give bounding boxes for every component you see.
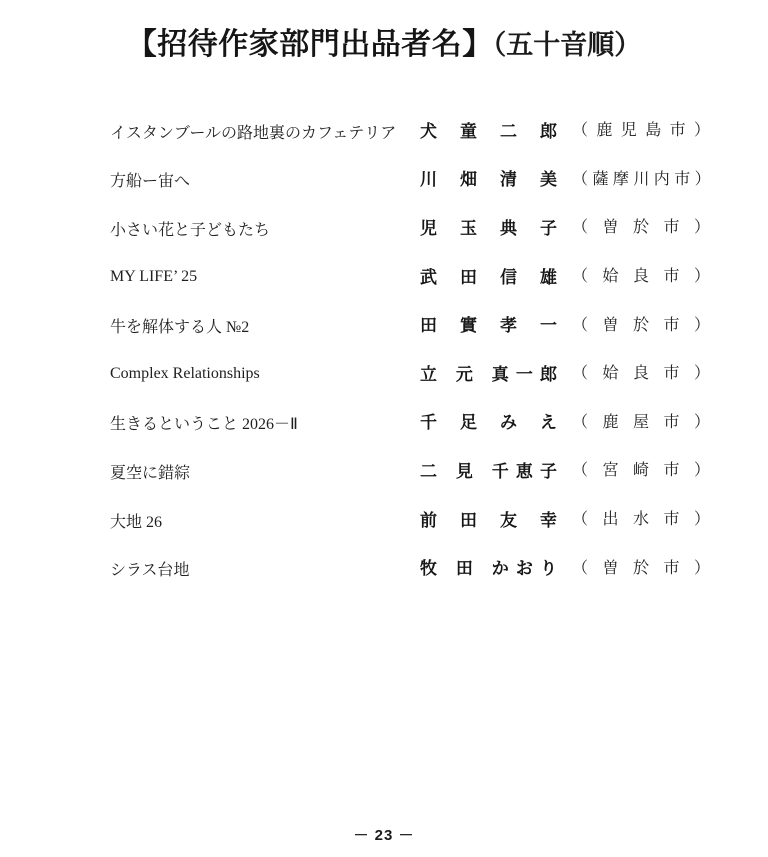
artist-name: 二 見 千恵子	[420, 463, 557, 480]
artist-name: 千 足 み え	[420, 414, 557, 431]
artist-name: 川 畑 清 美	[420, 171, 557, 188]
exhibitor-row: Complex Relationships 立 元 真一郎 （ 姶 良 市 ）	[110, 350, 710, 399]
artist-city: （ 鹿 屋 市 ）	[572, 415, 710, 431]
work-title: Complex Relationships	[110, 365, 420, 383]
work-title: 大地 26	[110, 509, 420, 532]
exhibitor-row: 小さい花と子どもたち 児 玉 典 子 （ 曽 於 市 ）	[110, 204, 710, 253]
page-title: 【招待作家部門出品者名】（五十音順）	[0, 26, 768, 64]
exhibitor-row: 方船ー宙へ 川 畑 清 美 （ 薩 摩 川 内 市 ）	[110, 156, 710, 205]
exhibitor-row: 夏空に錯綜 二 見 千恵子 （ 宮 崎 市 ）	[110, 447, 710, 496]
exhibitor-row: イスタンブールの路地裏のカフェテリア 犬 童 二 郎 （ 鹿 児 島 市 ）	[110, 107, 710, 156]
work-title: MY LIFE’ 25	[110, 268, 420, 286]
artist-city: （ 宮 崎 市 ）	[572, 463, 710, 479]
artist-city: （ 曽 於 市 ）	[572, 318, 710, 334]
work-title: 生きるということ 2026－Ⅱ	[110, 411, 420, 434]
artist-city: （ 姶 良 市 ）	[572, 366, 710, 382]
artist-name: 立 元 真一郎	[420, 366, 557, 383]
artist-name: 児 玉 典 子	[420, 220, 557, 237]
exhibitor-row: シラス台地 牧 田 かおり （ 曽 於 市 ）	[110, 544, 710, 593]
artist-city: （ 鹿 児 島 市 ）	[572, 123, 710, 139]
artist-name: 武 田 信 雄	[420, 269, 557, 286]
exhibitor-row: 大地 26 前 田 友 幸 （ 出 水 市 ）	[110, 496, 710, 545]
artist-city: （ 薩 摩 川 内 市 ）	[572, 172, 710, 188]
work-title: 方船ー宙へ	[110, 168, 420, 191]
exhibitor-list: イスタンブールの路地裏のカフェテリア 犬 童 二 郎 （ 鹿 児 島 市 ） 方…	[110, 107, 710, 593]
work-title: 夏空に錯綜	[110, 460, 420, 483]
work-title: 牛を解体する人 №2	[110, 314, 420, 337]
artist-city: （ 曽 於 市 ）	[572, 220, 710, 236]
artist-city: （ 姶 良 市 ）	[572, 269, 710, 285]
work-title: イスタンブールの路地裏のカフェテリア	[110, 120, 420, 143]
exhibitor-row: 牛を解体する人 №2 田 實 孝 一 （ 曽 於 市 ）	[110, 301, 710, 350]
exhibitor-row: MY LIFE’ 25 武 田 信 雄 （ 姶 良 市 ）	[110, 253, 710, 302]
page-number: － 23 －	[0, 824, 768, 845]
document-page: 【招待作家部門出品者名】（五十音順） イスタンブールの路地裏のカフェテリア 犬 …	[0, 0, 768, 857]
artist-city: （ 出 水 市 ）	[572, 512, 710, 528]
page-title-main: 【招待作家部門出品者名】	[127, 28, 493, 61]
work-title: 小さい花と子どもたち	[110, 217, 420, 240]
page-title-sub: （五十音順）	[493, 30, 642, 60]
artist-name: 牧 田 かおり	[420, 560, 557, 577]
artist-name: 田 實 孝 一	[420, 317, 557, 334]
artist-name: 犬 童 二 郎	[420, 123, 557, 140]
exhibitor-row: 生きるということ 2026－Ⅱ 千 足 み え （ 鹿 屋 市 ）	[110, 399, 710, 448]
artist-name: 前 田 友 幸	[420, 512, 557, 529]
artist-city: （ 曽 於 市 ）	[572, 561, 710, 577]
work-title: シラス台地	[110, 557, 420, 580]
